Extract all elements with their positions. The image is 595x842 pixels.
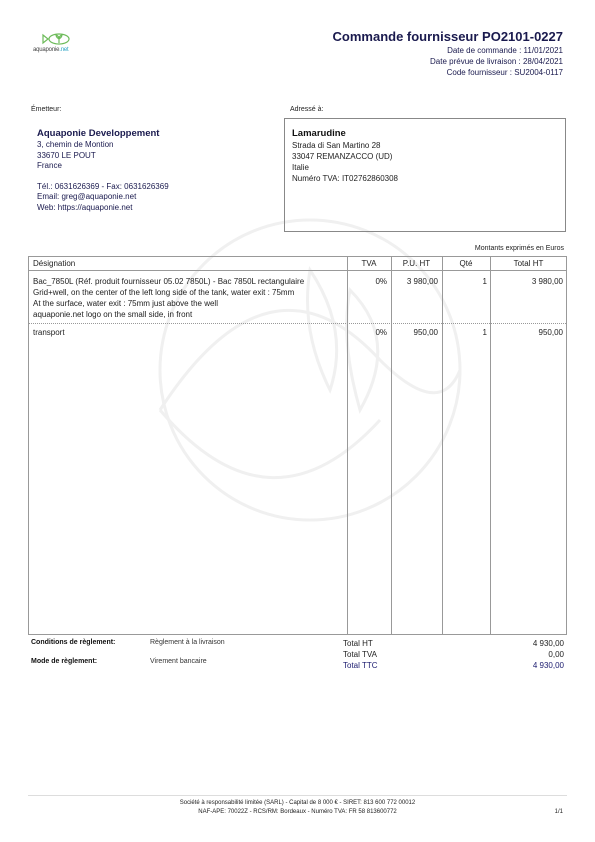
col-header-total: Total HT — [490, 259, 567, 268]
column-divider — [442, 257, 443, 634]
designation-line: At the surface, water exit : 75mm just a… — [33, 298, 304, 309]
recipient-country: Italie — [292, 162, 398, 173]
sender-phone: Tél.: 0631626369 - Fax: 0631626369 — [37, 182, 169, 193]
total-ttc-value: 4 930,00 — [533, 661, 564, 670]
recipient-name: Lamarudine — [292, 128, 398, 140]
col-header-qty: Qté — [442, 259, 490, 268]
row-total: 3 980,00 — [490, 276, 563, 287]
page-number: 1/1 — [555, 809, 563, 815]
row-total: 950,00 — [490, 327, 563, 338]
order-date: Date de commande : 11/01/2021 — [447, 46, 563, 55]
row-qty: 1 — [442, 276, 487, 287]
sender-address2: 33670 LE POUT — [37, 151, 169, 162]
sender-country: France — [37, 161, 169, 172]
payment-conditions-value: Règlement à la livraison — [150, 639, 225, 646]
total-tva-value: 0,00 — [548, 650, 564, 659]
recipient-label: Adressé à: — [290, 106, 323, 113]
col-header-vat: TVA — [347, 259, 391, 268]
recipient-address1: Strada di San Martino 28 — [292, 140, 398, 151]
footer-legal-line1: Société à responsabilité limitée (SARL) … — [0, 800, 595, 806]
header-divider — [29, 270, 566, 271]
currency-note: Montants exprimés en Euros — [475, 245, 564, 252]
row-qty: 1 — [442, 327, 487, 338]
total-ht-label: Total HT — [343, 639, 373, 648]
table-row-designation: transport — [33, 327, 65, 338]
row-unit-price: 3 980,00 — [391, 276, 438, 287]
total-ht-value: 4 930,00 — [533, 639, 564, 648]
recipient-vat: Numéro TVA: IT02762860308 — [292, 173, 398, 184]
col-header-designation: Désignation — [33, 259, 75, 268]
supplier-code: Code fournisseur : SU2004-0117 — [447, 68, 563, 77]
page-title: Commande fournisseur PO2101-0227 — [333, 29, 563, 44]
col-header-unit-price: P.U. HT — [391, 259, 442, 268]
row-vat: 0% — [347, 276, 387, 287]
table-row-designation: Bac_7850L (Réf. produit fournisseur 05.0… — [33, 276, 304, 320]
recipient-address2: 33047 REMANZACCO (UD) — [292, 151, 398, 162]
payment-conditions-label: Conditions de règlement: — [31, 639, 115, 646]
row-vat: 0% — [347, 327, 387, 338]
recipient-block: Lamarudine Strada di San Martino 28 3304… — [292, 128, 398, 184]
total-tva-label: Total TVA — [343, 650, 377, 659]
payment-mode-label: Mode de règlement: — [31, 658, 97, 665]
sender-block: Aquaponie Developpement 3, chemin de Mon… — [37, 128, 169, 213]
logo-text: aquaponie.net — [33, 47, 68, 53]
designation-line: aquaponie.net logo on the small side, in… — [33, 309, 304, 320]
delivery-date: Date prévue de livraison : 28/04/2021 — [430, 57, 563, 66]
column-divider — [391, 257, 392, 634]
designation-line: transport — [33, 327, 65, 338]
row-divider — [29, 323, 566, 324]
sender-label: Émetteur: — [31, 106, 61, 113]
total-ttc-label: Total TTC — [343, 661, 378, 670]
column-divider — [490, 257, 491, 634]
footer-legal-line2: NAF-APE: 70022Z - RCS/RM: Bordeaux - Num… — [0, 809, 595, 815]
column-divider — [347, 257, 348, 634]
sender-web: Web: https://aquaponie.net — [37, 203, 169, 214]
sender-address1: 3, chemin de Montion — [37, 140, 169, 151]
company-logo: aquaponie.net — [30, 30, 80, 56]
footer-divider — [28, 795, 567, 796]
row-unit-price: 950,00 — [391, 327, 438, 338]
payment-mode-value: Virement bancaire — [150, 658, 207, 665]
designation-line: Bac_7850L (Réf. produit fournisseur 05.0… — [33, 276, 304, 287]
fish-logo-icon — [42, 32, 72, 46]
designation-line: Grid+well, on the center of the left lon… — [33, 287, 304, 298]
order-lines-table: Désignation TVA P.U. HT Qté Total HT Bac… — [28, 256, 567, 635]
sender-email: Email: greg@aquaponie.net — [37, 192, 169, 203]
sender-name: Aquaponie Developpement — [37, 128, 169, 140]
